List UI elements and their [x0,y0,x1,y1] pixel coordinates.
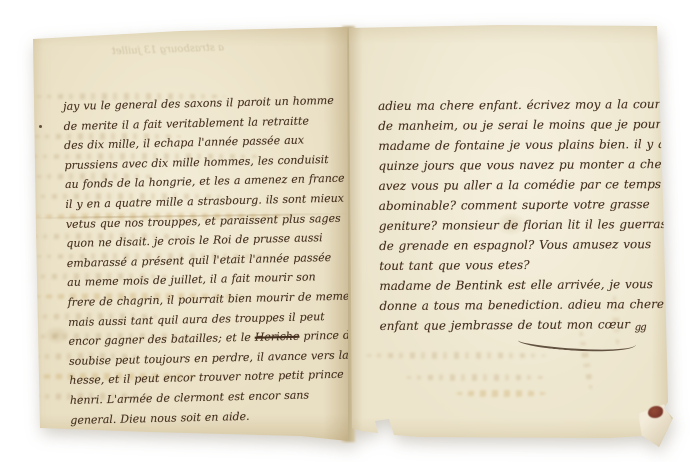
letter-page-left: a strasbourg 13 juillet jay vu le genera… [30,25,352,443]
letter-spread: a strasbourg 13 juillet jay vu le genera… [0,0,700,462]
letter-line: abominable? comment suporte votre grasse [379,194,684,216]
letter-line: madame de Bentink est elle arrivée, je v… [379,274,684,296]
letter-line: avez vous pu aller a la comédie par ce t… [379,174,684,196]
letter-line: de manheim, ou je serai le moins que je … [378,114,683,136]
bleedthrough-streak [366,352,546,359]
bleedthrough-date-heading: a strasbourg 13 juillet [74,42,224,58]
paper-stain [44,325,70,345]
ink-dot [39,125,42,128]
bleedthrough-streak [456,390,546,397]
letter-page-right: adieu ma chere enfant. écrivez moy a la … [346,22,674,452]
letter-photograph: a strasbourg 13 juillet jay vu le genera… [0,0,700,462]
letter-line: donne a tous ma benediction. adieu ma ch… [379,294,684,316]
letter-line: madame de fontaine je vous plains bien. … [378,134,683,156]
letter-line: de grenade en espagnol? Vous amusez vous [379,234,684,256]
bleedthrough-streak [406,374,546,381]
letter-text-left: jay vu le general des saxons il paroit u… [63,90,359,430]
letter-line: quinze jours que vous navez pu monter a … [378,154,683,176]
letter-line: adieu ma chere enfant. écrivez moy a la … [378,94,683,116]
letter-line: geniture? monsieur de florian lit il les… [379,214,684,236]
letter-text-right: adieu ma chere enfant. écrivez moy a la … [378,94,684,340]
letter-line: tout tant que vous etes? [379,254,684,276]
